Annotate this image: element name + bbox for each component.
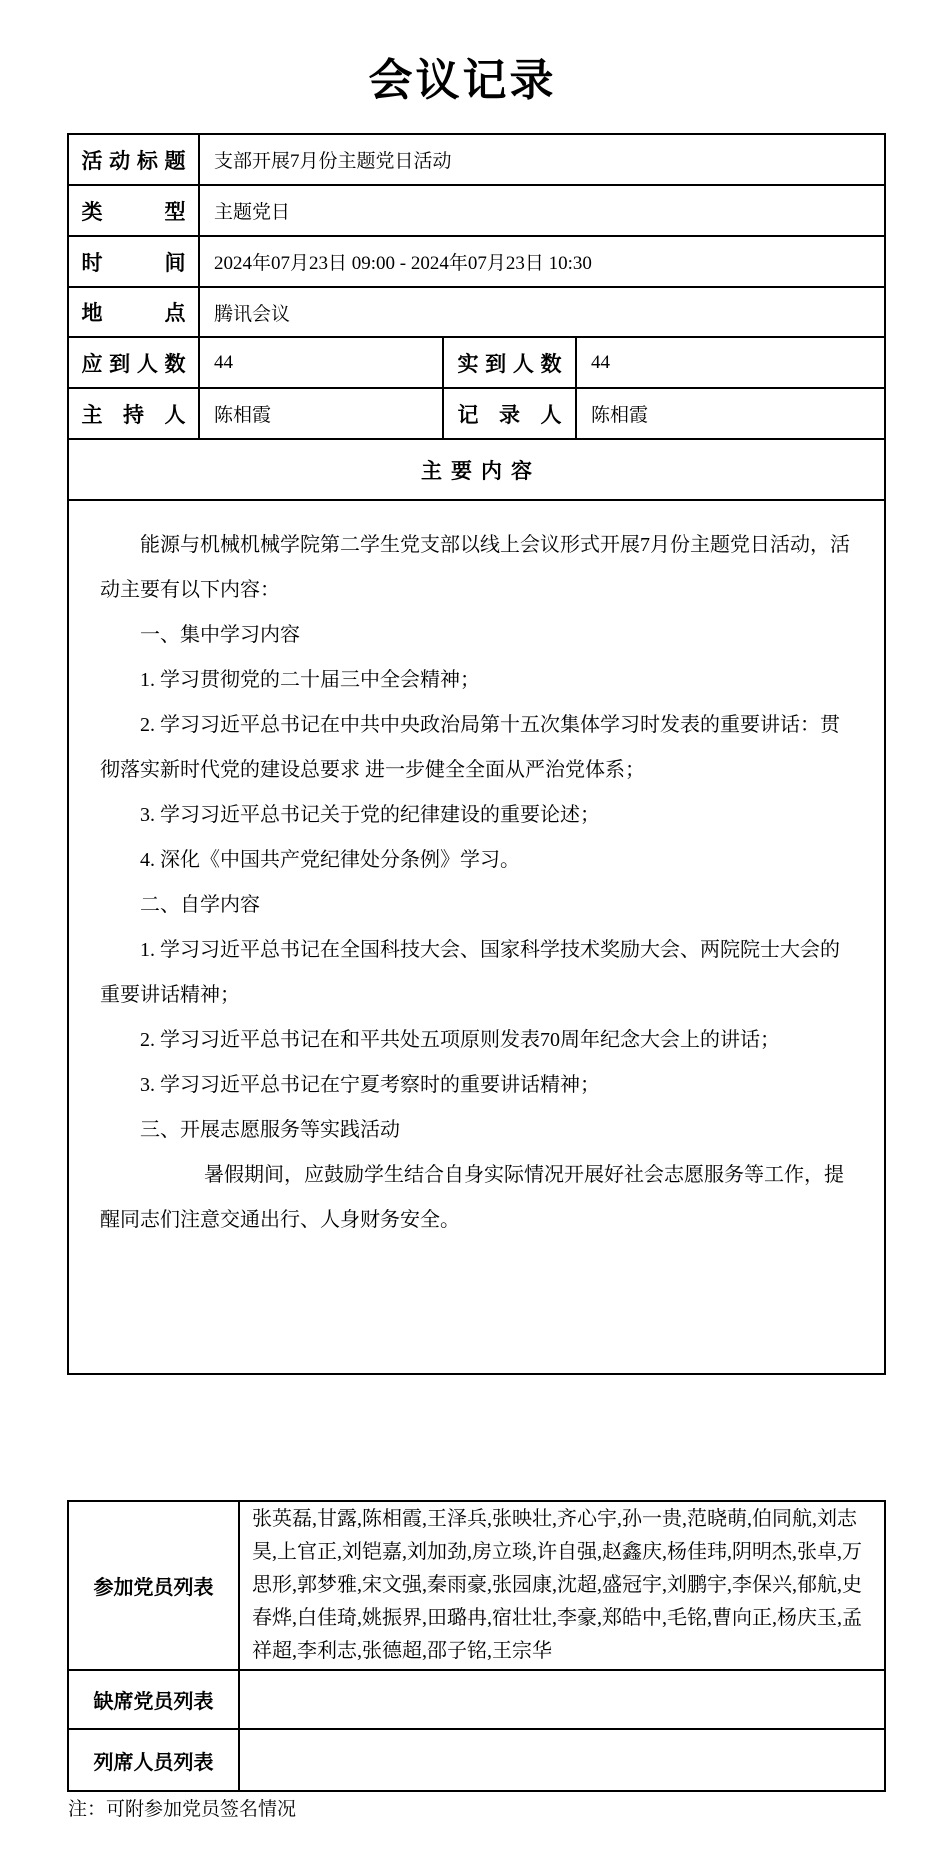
activity-title-label: 活动标题 [82,145,186,175]
host-value-cell: 陈相霞 [200,389,444,438]
row-location: 地点 腾讯会议 [69,288,884,338]
type-value: 主题党日 [214,197,290,224]
content-paragraph: 能源与机械机械学院第二学生党支部以线上会议形式开展7月份主题党日活动，活动主要有… [100,523,854,613]
host-value: 陈相霞 [214,400,271,427]
time-label: 时间 [82,247,186,277]
host-label-cell: 主持人 [69,389,200,438]
row-absent: 缺席党员列表 [69,1671,884,1730]
participants-value-cell: 张英磊,甘露,陈相霞,王泽兵,张映壮,齐心宇,孙一贵,范晓萌,伯同航,刘志昊,上… [240,1502,884,1669]
absent-value-cell [240,1671,884,1728]
expected-count-value: 44 [214,352,233,374]
absent-label: 缺席党员列表 [94,1685,214,1714]
recorder-label: 记录人 [458,399,562,429]
activity-title-label-cell: 活动标题 [69,135,200,184]
expected-count-label-cell: 应到人数 [69,338,200,387]
participants-label: 参加党员列表 [94,1571,214,1600]
host-label: 主持人 [82,399,186,429]
observers-label-cell: 列席人员列表 [69,1730,240,1790]
signature-note: 注：可附参加党员签名情况 [68,1794,296,1821]
actual-count-label-cell: 实到人数 [444,338,577,387]
meeting-info-table: 活动标题 支部开展7月份主题党日活动 类型 主题党日 时间 2024年07月23… [67,133,886,1375]
row-attendance-counts: 应到人数 44 实到人数 44 [69,338,884,389]
row-type: 类型 主题党日 [69,186,884,237]
content-paragraph: 三、开展志愿服务等实践活动 [100,1108,854,1153]
location-label: 地点 [82,297,186,327]
actual-count-label: 实到人数 [458,348,562,378]
recorder-value-cell: 陈相霞 [577,389,884,438]
participants-label-cell: 参加党员列表 [69,1502,240,1669]
location-value: 腾讯会议 [214,299,290,326]
observers-value-cell [240,1730,884,1790]
content-paragraph: 4. 深化《中国共产党纪律处分条例》学习。 [100,838,854,883]
content-paragraph: 1. 学习贯彻党的二十届三中全会精神； [100,658,854,703]
content-paragraph: 2. 学习习近平总书记在和平共处五项原则发表70周年纪念大会上的讲话； [100,1018,854,1063]
row-main-content-header: 主要内容 [69,440,884,501]
type-label: 类型 [82,196,186,226]
row-host-recorder: 主持人 陈相霞 记录人 陈相霞 [69,389,884,440]
participants-names: 张英磊,甘露,陈相霞,王泽兵,张映壮,齐心宇,孙一贵,范晓萌,伯同航,刘志昊,上… [252,1503,872,1668]
row-activity-title: 活动标题 支部开展7月份主题党日活动 [69,135,884,186]
content-paragraph: 3. 学习习近平总书记在宁夏考察时的重要讲话精神； [100,1063,854,1108]
time-value: 2024年07月23日 09:00 - 2024年07月23日 10:30 [214,248,592,275]
row-time: 时间 2024年07月23日 09:00 - 2024年07月23日 10:30 [69,237,884,288]
content-paragraph: 一、集中学习内容 [100,613,854,658]
recorder-value: 陈相霞 [591,400,648,427]
location-value-cell: 腾讯会议 [200,288,884,336]
actual-count-value-cell: 44 [577,338,884,387]
time-value-cell: 2024年07月23日 09:00 - 2024年07月23日 10:30 [200,237,884,286]
content-paragraph: 3. 学习习近平总书记关于党的纪律建设的重要论述； [100,793,854,838]
absent-label-cell: 缺席党员列表 [69,1671,240,1728]
content-paragraph: 二、自学内容 [100,883,854,928]
row-observers: 列席人员列表 [69,1730,884,1790]
row-participants: 参加党员列表 张英磊,甘露,陈相霞,王泽兵,张映壮,齐心宇,孙一贵,范晓萌,伯同… [69,1502,884,1671]
content-paragraph: 2. 学习习近平总书记在中共中央政治局第十五次集体学习时发表的重要讲话：贯彻落实… [100,703,854,793]
attendance-table: 参加党员列表 张英磊,甘露,陈相霞,王泽兵,张映壮,齐心宇,孙一贵,范晓萌,伯同… [67,1500,886,1792]
content-paragraph: 暑假期间，应鼓励学生结合自身实际情况开展好社会志愿服务等工作，提醒同志们注意交通… [100,1153,854,1243]
time-label-cell: 时间 [69,237,200,286]
location-label-cell: 地点 [69,288,200,336]
type-label-cell: 类型 [69,186,200,235]
row-main-content: 能源与机械机械学院第二学生党支部以线上会议形式开展7月份主题党日活动，活动主要有… [69,501,884,1373]
actual-count-value: 44 [591,352,610,374]
recorder-label-cell: 记录人 [444,389,577,438]
expected-count-label: 应到人数 [82,348,186,378]
activity-title-value: 支部开展7月份主题党日活动 [214,146,452,173]
observers-label: 列席人员列表 [94,1746,214,1775]
expected-count-value-cell: 44 [200,338,444,387]
page-title: 会议记录 [0,44,925,108]
main-content-cell: 能源与机械机械学院第二学生党支部以线上会议形式开展7月份主题党日活动，活动主要有… [69,501,884,1373]
activity-title-value-cell: 支部开展7月份主题党日活动 [200,135,884,184]
type-value-cell: 主题党日 [200,186,884,235]
content-paragraph: 1. 学习习近平总书记在全国科技大会、国家科学技术奖励大会、两院院士大会的重要讲… [100,928,854,1018]
main-content-header: 主要内容 [69,440,884,499]
